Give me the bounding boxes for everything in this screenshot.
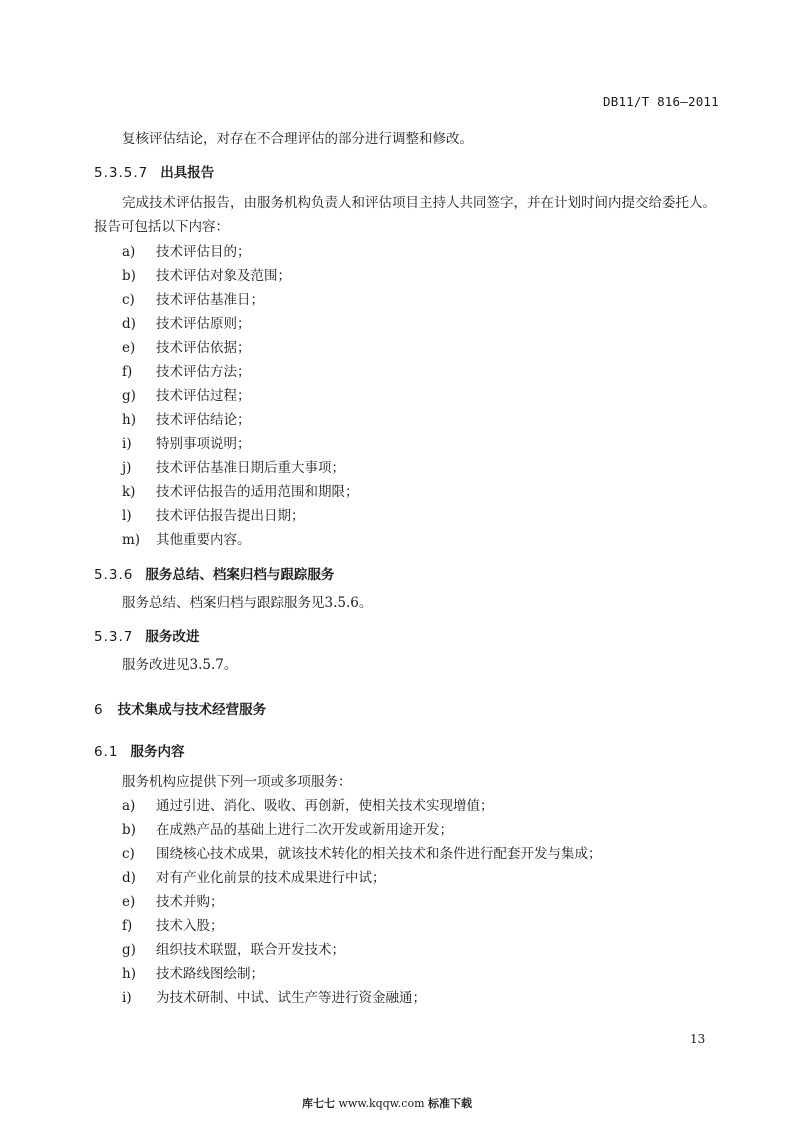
section-number: 5.3.6 (94, 567, 133, 583)
list-item: h)技术评估结论； (122, 411, 251, 429)
section-heading-5-3-7: 5.3.7服务改进 (94, 625, 199, 645)
list-item: e)技术评估依据； (122, 339, 251, 357)
list-item: k)技术评估报告的适用范围和期限； (122, 483, 359, 501)
footer-brand: 库七七 (302, 1097, 335, 1110)
section-title: 服务改进 (145, 629, 199, 645)
paragraph-6-1: 服务机构应提供下列一项或多项服务： (122, 773, 352, 791)
footer-watermark: 库七七 www.kqqw.com 标准下载 (302, 1095, 472, 1111)
list-item: i)特别事项说明； (122, 435, 251, 453)
section-title: 出具报告 (160, 165, 214, 181)
list-item: d)对有产业化前景的技术成果进行中试； (122, 869, 386, 887)
list-item: c)围绕核心技术成果，就该技术转化的相关技术和条件进行配套开发与集成； (122, 845, 602, 863)
section-number: 6 (94, 702, 104, 718)
section-number: 5.3.5.7 (94, 165, 148, 181)
document-code: DB11/T 816—2011 (603, 94, 719, 109)
section-heading-5-3-5-7: 5.3.5.7出具报告 (94, 161, 214, 181)
list-item: m)其他重要内容。 (122, 531, 251, 549)
list-item: a)通过引进、消化、吸收、再创新，使相关技术实现增值； (122, 797, 494, 815)
section-number: 6.1 (94, 744, 118, 760)
section-number: 5.3.7 (94, 629, 133, 645)
section-title: 服务总结、档案归档与跟踪服务 (145, 567, 334, 583)
list-item: c)技术评估基准日； (122, 291, 264, 309)
page-number: 13 (690, 1032, 705, 1046)
list-item: b)技术评估对象及范围； (122, 267, 291, 285)
paragraph-5-3-7: 服务改进见3.5.7。 (122, 656, 237, 674)
footer-suffix: 标准下载 (428, 1097, 472, 1110)
section-title: 技术集成与技术经营服务 (118, 702, 267, 718)
list-item: b)在成熟产品的基础上进行二次开发或新用途开发； (122, 821, 453, 839)
list-item: f)技术入股； (122, 917, 224, 935)
paragraph-report-1: 完成技术评估报告，由服务机构负责人和评估项目主持人共同签字，并在计划时间内提交给… (122, 194, 716, 212)
list-item: g)技术评估过程； (122, 387, 251, 405)
list-item: i)为技术研制、中试、试生产等进行资金融通； (122, 989, 426, 1007)
list-item: g)组织技术联盟，联合开发技术； (122, 941, 345, 959)
list-item: d)技术评估原则； (122, 315, 251, 333)
list-item: j)技术评估基准日期后重大事项； (122, 459, 345, 477)
section-heading-5-3-6: 5.3.6服务总结、档案归档与跟踪服务 (94, 563, 334, 583)
list-item: e)技术并购； (122, 893, 224, 911)
list-item: a)技术评估目的； (122, 243, 251, 261)
paragraph-5-3-6: 服务总结、档案归档与跟踪服务见3.5.6。 (122, 594, 372, 612)
list-item: l)技术评估报告提出日期； (122, 507, 305, 525)
paragraph-review: 复核评估结论，对存在不合理评估的部分进行调整和修改。 (122, 130, 473, 148)
paragraph-report-2: 报告可包括以下内容： (94, 218, 229, 236)
section-title: 服务内容 (130, 744, 184, 760)
footer-url: www.kqqw.com (339, 1097, 425, 1110)
section-heading-6: 6技术集成与技术经营服务 (94, 698, 266, 718)
list-item: f)技术评估方法； (122, 363, 251, 381)
list-item: h)技术路线图绘制； (122, 965, 264, 983)
section-heading-6-1: 6.1服务内容 (94, 740, 184, 760)
